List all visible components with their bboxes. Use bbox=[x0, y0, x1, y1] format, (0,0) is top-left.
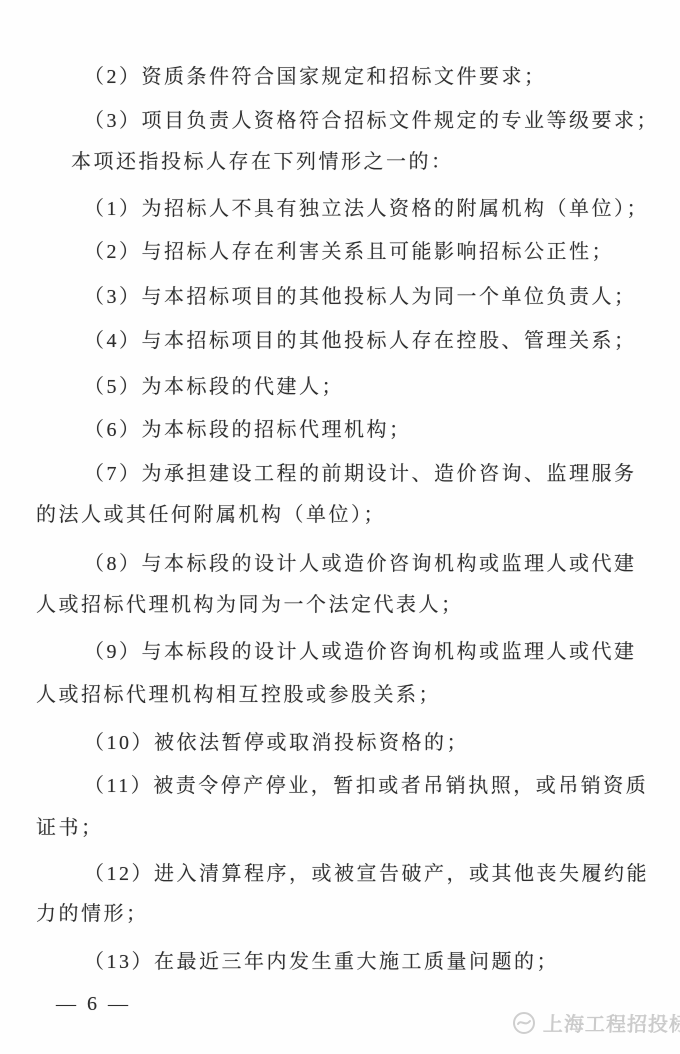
page-number: — 6 — bbox=[56, 993, 131, 1016]
doc-line: （12）进入清算程序，或被宣告破产，或其他丧失履约能 bbox=[84, 857, 649, 886]
watermark: 上海工程招投标 bbox=[512, 1008, 680, 1037]
doc-line: （7）为承担建设工程的前期设计、造价咨询、监理服务 bbox=[84, 457, 637, 486]
doc-line: （3）项目负责人资格符合招标文件规定的专业等级要求； bbox=[84, 104, 659, 133]
doc-line: 的法人或其任何附属机构（单位）； bbox=[36, 498, 386, 527]
watermark-label: 上海工程招投标 bbox=[542, 1008, 680, 1037]
doc-line: 证书； bbox=[36, 811, 104, 840]
doc-line: （1）为招标人不具有独立法人资格的附属机构（单位）； bbox=[84, 192, 649, 221]
doc-line: 人或招标代理机构为同为一个法定代表人； bbox=[36, 588, 464, 617]
doc-line: （2）资质条件符合国家规定和招标文件要求； bbox=[84, 60, 547, 89]
doc-line: （13）在最近三年内发生重大施工质量问题的； bbox=[84, 945, 559, 974]
doc-line: （11）被责令停产停业，暂扣或者吊销执照，或吊销资质 bbox=[84, 769, 648, 798]
doc-line: （10）被依法暂停或取消投标资格的； bbox=[84, 726, 469, 755]
doc-line: （5）为本标段的代建人； bbox=[84, 370, 344, 399]
doc-line: （6）为本标段的招标代理机构； bbox=[84, 413, 412, 442]
doc-line: （3）与本招标项目的其他投标人为同一个单位负责人； bbox=[84, 280, 637, 309]
doc-line: 本项还指投标人存在下列情形之一的： bbox=[71, 145, 454, 174]
doc-line: （4）与本招标项目的其他投标人存在控股、管理关系； bbox=[84, 324, 637, 353]
document-page: （2）资质条件符合国家规定和招标文件要求； （3）项目负责人资格符合招标文件规定… bbox=[0, 0, 680, 1054]
doc-line: 人或招标代理机构相互控股或参股关系； bbox=[36, 678, 441, 707]
watermark-logo-icon bbox=[512, 1011, 536, 1035]
doc-line: （9）与本标段的设计人或造价咨询机构或监理人或代建 bbox=[84, 635, 637, 664]
doc-line: 力的情形； bbox=[36, 897, 149, 926]
doc-line: （2）与招标人存在利害关系且可能影响招标公正性； bbox=[84, 235, 614, 264]
doc-line: （8）与本标段的设计人或造价咨询机构或监理人或代建 bbox=[84, 547, 637, 576]
